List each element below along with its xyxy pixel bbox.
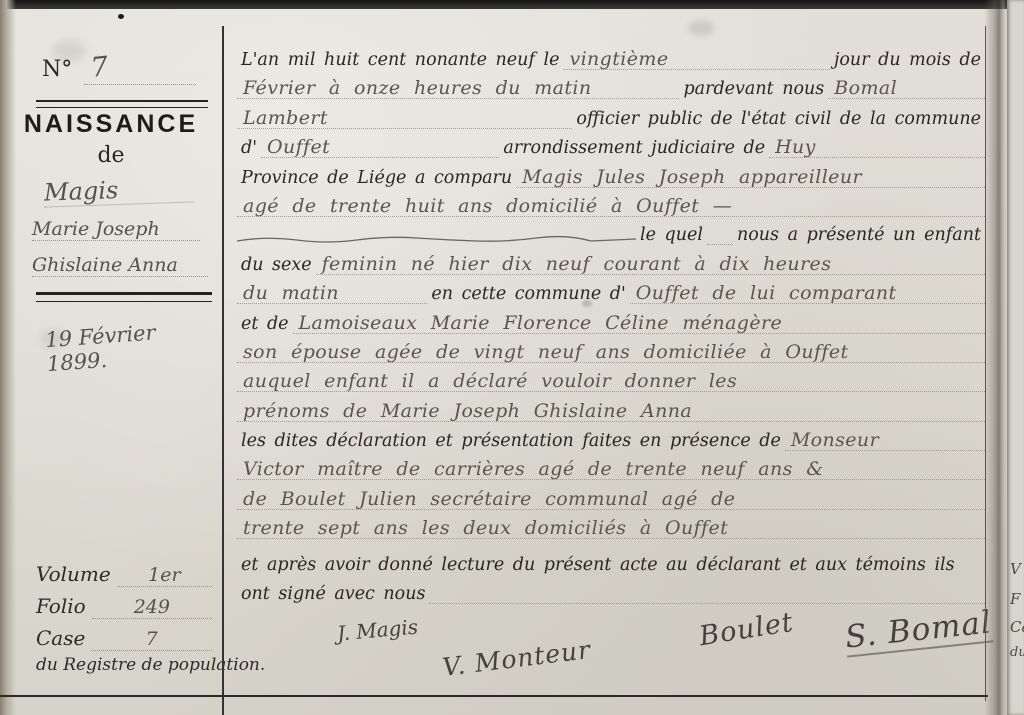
body-line: prénoms de Marie Joseph Ghislaine Anna — [237, 402, 985, 422]
printed-text: L'an mil huit cent nonante neuf le — [237, 51, 563, 70]
printed-text: arrondissement judiciaire de — [499, 139, 769, 158]
handwritten-text: Bomal — [828, 79, 985, 99]
book-gutter-shadow — [984, 0, 1008, 715]
body-line: et deLamoiseaux Marie Florence Céline mé… — [237, 314, 985, 334]
handwritten-text: Ouffet de lui comparant — [630, 284, 985, 304]
handwritten-text: feminin né hier dix neuf courant à dix h… — [316, 255, 985, 275]
volume-row: Volume 1er — [36, 562, 212, 587]
case-label: Case — [36, 626, 85, 650]
handwritten-text: auquel enfant il a déclaré vouloir donne… — [237, 372, 985, 392]
act-type-subtitle: de — [0, 143, 222, 168]
handwritten-text: du matin — [237, 284, 427, 304]
case-row: Case 7 — [36, 626, 212, 651]
signature: J. Magis — [336, 615, 419, 646]
register-note: du Registre de population. — [36, 655, 265, 675]
printed-text: Province de Liége a comparu — [237, 169, 516, 188]
adjacent-page-text-fragment: Ca — [1010, 618, 1024, 636]
body-line: ont signé avec nous — [237, 585, 985, 604]
body-line: et après avoir donné lecture du présent … — [237, 556, 985, 575]
column-divider-rule — [222, 26, 224, 715]
body-line: Lambertofficier public de l'état civil d… — [237, 109, 985, 129]
paper-stain — [688, 20, 714, 36]
act-number-row: N° 7 — [42, 52, 202, 83]
body-lines: L'an mil huit cent nonante neuf levingti… — [237, 50, 985, 613]
folio-value: 249 — [92, 596, 212, 619]
adjacent-page-text-fragment: du — [1010, 645, 1024, 660]
body-line: de Boulet Julien secrétaire communal agé… — [237, 490, 985, 510]
folio-row: Folio 249 — [36, 594, 212, 619]
printed-text: jour du mois de — [830, 51, 985, 70]
printed-text: pardevant nous — [679, 80, 828, 99]
signature: Boulet — [697, 607, 796, 652]
handwritten-text: Huy — [769, 138, 985, 158]
printed-text: nous a présenté un enfant — [733, 226, 985, 245]
double-rule-thick — [36, 292, 212, 302]
handwritten-text: trente sept ans les deux domiciliés à Ou… — [237, 519, 985, 539]
printed-text: le quel — [636, 226, 707, 245]
handwritten-text: Février à onze heures du matin — [237, 79, 679, 99]
dotted-fill — [707, 244, 733, 245]
body-line: du matinen cette commune d'Ouffet de lui… — [237, 284, 985, 304]
case-value: 7 — [91, 628, 212, 651]
printed-text: du sexe — [237, 256, 316, 275]
handwritten-text: son épouse agée de vingt neuf ans domici… — [237, 343, 985, 363]
body-line: Février à onze heures du matinpardevant … — [237, 79, 985, 99]
adjacent-page-text-fragment: V — [1010, 560, 1024, 578]
handwritten-text: agé de trente huit ans domicilié à Ouffe… — [237, 197, 985, 217]
double-rule — [36, 100, 208, 108]
body-line: agé de trente huit ans domicilié à Ouffe… — [237, 197, 985, 217]
act-number-label: N° — [42, 57, 72, 82]
flourish-line — [237, 233, 636, 245]
handwritten-text: Victor maître de carrières agé de trente… — [237, 460, 985, 480]
bottom-rule — [0, 695, 988, 697]
act-type-title: NAISSANCE — [0, 110, 222, 139]
folio-label: Folio — [36, 594, 86, 618]
act-number-value: 7 — [90, 51, 110, 84]
body-line: Province de Liége a comparuMagis Jules J… — [237, 168, 985, 188]
printed-text: en cette commune d' — [427, 285, 629, 304]
body-line: le quelnous a présenté un enfant — [237, 226, 985, 245]
body-line: auquel enfant il a déclaré vouloir donne… — [237, 372, 985, 392]
body-line: les dites déclaration et présentation fa… — [237, 431, 985, 451]
handwritten-text: prénoms de Marie Joseph Ghislaine Anna — [237, 402, 985, 422]
printed-text: d' — [237, 139, 261, 158]
printed-text: et après avoir donné lecture du présent … — [237, 556, 959, 575]
handwritten-text: Lambert — [237, 109, 572, 129]
printed-text: les dites déclaration et présentation fa… — [237, 432, 785, 451]
handwritten-text: Monseur — [785, 431, 985, 451]
body-line: L'an mil huit cent nonante neuf levingti… — [237, 50, 985, 70]
handwritten-text: Lamoiseaux Marie Florence Céline ménagèr… — [293, 314, 985, 334]
handwritten-text: Magis Jules Joseph appareilleur — [516, 168, 985, 188]
margin-column: N° 7 NAISSANCE de Magis Marie Joseph Ghi… — [0, 0, 222, 715]
signature: V. Monteur — [441, 635, 593, 682]
act-date: 19 Février 1899. — [45, 316, 224, 376]
body-line: son épouse agée de vingt neuf ans domici… — [237, 343, 985, 363]
signature: S. Bomal — [843, 604, 993, 657]
dotted-rule — [84, 84, 196, 85]
volume-label: Volume — [36, 562, 111, 586]
adjacent-page-text-fragment: F — [1010, 590, 1024, 608]
printed-text: et de — [237, 315, 293, 334]
child-forenames-1: Marie Joseph — [32, 218, 200, 241]
body-line: trente sept ans les deux domiciliés à Ou… — [237, 519, 985, 539]
volume-value: 1er — [117, 564, 212, 587]
signature-block: J. MagisV. MonteurBouletS. Bomal — [237, 608, 985, 696]
handwritten-text: de Boulet Julien secrétaire communal agé… — [237, 490, 985, 510]
printed-text: officier public de l'état civil de la co… — [572, 110, 985, 129]
printed-text: ont signé avec nous — [237, 585, 429, 604]
body-line: d'Ouffetarrondissement judiciaire deHuy — [237, 138, 985, 158]
child-surname: Magis — [44, 173, 195, 207]
body-line: Victor maître de carrières agé de trente… — [237, 460, 985, 480]
handwritten-text: Ouffet — [261, 138, 499, 158]
dotted-fill — [429, 603, 985, 604]
body-line: du sexefeminin né hier dix neuf courant … — [237, 255, 985, 275]
handwritten-text: vingtième — [563, 50, 830, 70]
child-forenames-2: Ghislaine Anna — [32, 254, 208, 277]
